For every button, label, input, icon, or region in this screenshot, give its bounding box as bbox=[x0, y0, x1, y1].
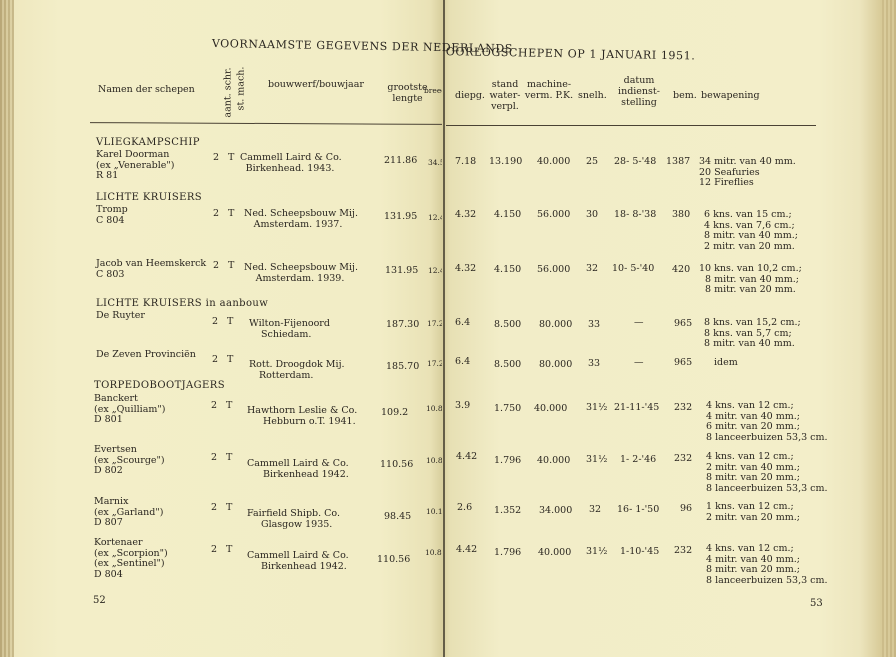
st-mach-value: T bbox=[228, 261, 234, 272]
bewapening-value: 4 kns. van 12 cm.; 4 mitr. van 40 mm.; 8… bbox=[706, 544, 828, 586]
col-header-st-mach: st. mach. bbox=[236, 59, 247, 119]
snelh-value: 31½ bbox=[586, 547, 607, 558]
bem-value: 1387 bbox=[666, 157, 690, 168]
diepg-value: 4.32 bbox=[455, 264, 476, 275]
datum-value: 28- 5-'48 bbox=[614, 157, 656, 168]
lengte-value: 110.56 bbox=[380, 460, 413, 471]
bewapening-value: 8 kns. van 15,2 cm.; 8 kns. van 5,7 cm; … bbox=[704, 318, 801, 350]
diepg-value: 7.18 bbox=[455, 157, 476, 168]
waterverpl-value: 1.750 bbox=[494, 404, 521, 415]
bem-value: 232 bbox=[674, 454, 692, 465]
breedte-value: 10.89 bbox=[425, 548, 442, 559]
breedte-value: 17.25 bbox=[427, 319, 442, 330]
aant-schr-value: 2 bbox=[211, 545, 217, 556]
page-number-left: 52 bbox=[93, 595, 106, 606]
bem-value: 420 bbox=[672, 265, 690, 276]
datum-value: 1-10-'45 bbox=[620, 547, 659, 558]
waterverpl-value: 1.352 bbox=[494, 506, 521, 517]
bouwwerf-value: Cammell Laird & Co. Birkenhead. 1943. bbox=[240, 153, 340, 174]
bem-value: 232 bbox=[674, 403, 692, 414]
ship-name: Marnix (ex „Garland") D 807 bbox=[94, 497, 163, 529]
machine-pk-value: 56.000 bbox=[537, 265, 570, 276]
page-number-right: 53 bbox=[810, 598, 823, 609]
waterverpl-value: 13.190 bbox=[489, 157, 522, 168]
bouwwerf-value: Rott. Droogdok Mij. Rotterdam. bbox=[249, 360, 345, 381]
st-mach-value: T bbox=[226, 503, 232, 514]
col-header-bouwwerf: bouwwerf/bouwjaar bbox=[268, 79, 364, 90]
bem-value: 380 bbox=[672, 210, 690, 221]
category-heading: LICHTE KRUISERS in aanbouw bbox=[96, 298, 268, 309]
col-header-bem: bem. bbox=[673, 90, 697, 101]
header-rule-right bbox=[446, 125, 816, 126]
breedte-value: 12.4 bbox=[428, 266, 442, 277]
bewapening-value: 34 mitr. van 40 mm. 20 Seafuries 12 Fire… bbox=[699, 157, 796, 189]
aant-schr-value: 2 bbox=[212, 355, 218, 366]
st-mach-value: T bbox=[227, 355, 233, 366]
left-page-edges bbox=[0, 0, 14, 657]
st-mach-value: T bbox=[228, 209, 234, 220]
datum-value: — bbox=[634, 358, 644, 369]
bewapening-value: 1 kns. van 12 cm.; 2 mitr. van 20 mm.; bbox=[706, 502, 800, 523]
bem-value: 96 bbox=[680, 504, 692, 515]
breedte-value: 34.5 bbox=[428, 158, 442, 169]
bewapening-value: 4 kns. van 12 cm.; 4 mitr. van 40 mm.; 6… bbox=[706, 401, 828, 443]
lengte-value: 110.56 bbox=[377, 555, 410, 566]
bouwwerf-value: Cammell Laird & Co. Birkenhead 1942. bbox=[247, 551, 349, 572]
lengte-value: 187.30 bbox=[386, 320, 419, 331]
book-gutter bbox=[443, 0, 445, 657]
machine-pk-value: 40.000 bbox=[537, 157, 570, 168]
breedte-value: 17.25 bbox=[427, 359, 442, 370]
ship-name: De Zeven Provinciën bbox=[96, 350, 196, 361]
diepg-value: 4.42 bbox=[456, 452, 477, 463]
col-header-snelh: snelh. bbox=[578, 90, 607, 101]
machine-pk-value: 34.000 bbox=[539, 506, 572, 517]
st-mach-value: T bbox=[227, 317, 233, 328]
aant-schr-value: 2 bbox=[211, 401, 217, 412]
snelh-value: 25 bbox=[586, 157, 598, 168]
bewapening-value: 6 kns. van 15 cm.; 4 kns. van 7,6 cm.; 8… bbox=[704, 210, 798, 252]
bouwwerf-value: Wilton-Fijenoord Schiedam. bbox=[249, 319, 330, 340]
ship-name: Evertsen (ex „Scourge") D 802 bbox=[94, 445, 165, 477]
lengte-value: 109.2 bbox=[381, 408, 408, 419]
machine-pk-value: 80.000 bbox=[539, 320, 572, 331]
ship-name: Tromp C 804 bbox=[96, 205, 128, 226]
ship-name: Kortenaer (ex „Scorpion") (ex „Sentinel"… bbox=[94, 538, 168, 580]
bouwwerf-value: Fairfield Shipb. Co. Glasgow 1935. bbox=[247, 509, 340, 530]
book-spread: VOORNAAMSTE GEGEVENS DER NEDERLANDS OORL… bbox=[0, 0, 896, 657]
bouwwerf-value: Cammell Laird & Co. Birkenhead 1942. bbox=[247, 459, 349, 480]
st-mach-value: T bbox=[228, 153, 234, 164]
bem-value: 965 bbox=[674, 358, 692, 369]
col-header-breedte: breedte bbox=[424, 85, 442, 96]
bewapening-value: 10 kns. van 10,2 cm.; 8 mitr. van 40 mm.… bbox=[699, 264, 802, 296]
diepg-value: 6.4 bbox=[455, 318, 470, 329]
machine-pk-value: 40.000 bbox=[537, 456, 570, 467]
ship-name: De Ruyter bbox=[96, 311, 145, 322]
category-heading: VLIEGKAMPSCHIP bbox=[96, 137, 200, 148]
snelh-value: 31½ bbox=[586, 455, 607, 466]
lengte-value: 131.95 bbox=[384, 212, 417, 223]
breedte-value: 10.89 bbox=[426, 456, 442, 467]
breedte-value: 12.4 bbox=[428, 213, 442, 224]
datum-value: 1- 2-'46 bbox=[620, 455, 656, 466]
lengte-value: 131.95 bbox=[385, 266, 418, 277]
snelh-value: 32 bbox=[586, 264, 598, 275]
st-mach-value: T bbox=[226, 453, 232, 464]
breedte-value: 10.1 bbox=[426, 507, 442, 518]
snelh-value: 33 bbox=[588, 320, 600, 331]
col-header-waterverpl: stand water- verpl. bbox=[487, 79, 523, 112]
bewapening-value: idem bbox=[714, 358, 738, 369]
bouwwerf-value: Ned. Scheepsbouw Mij. Amsterdam. 1937. bbox=[244, 209, 352, 230]
waterverpl-value: 4.150 bbox=[494, 265, 521, 276]
ship-name: Karel Doorman (ex „Venerable") R 81 bbox=[96, 150, 174, 182]
col-header-diepg: diepg. bbox=[455, 90, 485, 101]
col-header-aant-schr: aant. schr. bbox=[223, 63, 234, 123]
col-header-name: Namen der schepen bbox=[98, 84, 195, 95]
machine-pk-value: 56.000 bbox=[537, 210, 570, 221]
diepg-value: 4.32 bbox=[455, 210, 476, 221]
header-rule-left bbox=[90, 122, 442, 125]
waterverpl-value: 8.500 bbox=[494, 320, 521, 331]
datum-value: 18- 8-'38 bbox=[614, 210, 656, 221]
machine-pk-value: 40.000 bbox=[534, 404, 567, 415]
aant-schr-value: 2 bbox=[211, 453, 217, 464]
waterverpl-value: 1.796 bbox=[494, 548, 521, 559]
lengte-value: 185.70 bbox=[386, 362, 419, 373]
diepg-value: 3.9 bbox=[455, 401, 470, 412]
waterverpl-value: 1.796 bbox=[494, 456, 521, 467]
waterverpl-value: 8.500 bbox=[494, 360, 521, 371]
col-header-datum: datum indienst- stelling bbox=[614, 75, 664, 108]
aant-schr-value: 2 bbox=[213, 209, 219, 220]
datum-value: 16- 1-'50 bbox=[617, 505, 659, 516]
ship-name: Banckert (ex „Quilliam") D 801 bbox=[94, 394, 165, 426]
bouwwerf-value: Ned. Scheepsbouw Mij. Amsterdam. 1939. bbox=[244, 263, 356, 284]
aant-schr-value: 2 bbox=[213, 153, 219, 164]
col-header-machine: machine- verm. P.K. bbox=[523, 79, 575, 101]
lengte-value: 211.86 bbox=[384, 156, 417, 167]
bewapening-value: 4 kns. van 12 cm.; 2 mitr. van 40 mm.; 8… bbox=[706, 452, 828, 494]
aant-schr-value: 2 bbox=[212, 317, 218, 328]
aant-schr-value: 2 bbox=[213, 261, 219, 272]
st-mach-value: T bbox=[226, 401, 232, 412]
category-heading: TORPEDOBOOTJAGERS bbox=[94, 380, 225, 391]
machine-pk-value: 40.000 bbox=[538, 548, 571, 559]
diepg-value: 4.42 bbox=[456, 545, 477, 556]
diepg-value: 6.4 bbox=[455, 357, 470, 368]
snelh-value: 32 bbox=[589, 505, 601, 516]
waterverpl-value: 4.150 bbox=[494, 210, 521, 221]
bouwwerf-value: Hawthorn Leslie & Co. Hebburn o.T. 1941. bbox=[247, 406, 357, 427]
ship-name: Jacob van Heemskerck C 803 bbox=[96, 259, 206, 280]
datum-value: 21-11-'45 bbox=[614, 403, 659, 414]
snelh-value: 30 bbox=[586, 210, 598, 221]
snelh-value: 31½ bbox=[586, 403, 607, 414]
aant-schr-value: 2 bbox=[211, 503, 217, 514]
datum-value: 10- 5-'40 bbox=[612, 264, 654, 275]
lengte-value: 98.45 bbox=[384, 512, 411, 523]
breedte-value: 10.83 bbox=[426, 404, 442, 415]
machine-pk-value: 80.000 bbox=[539, 360, 572, 371]
datum-value: — bbox=[634, 318, 644, 329]
category-heading: LICHTE KRUISERS bbox=[96, 192, 202, 203]
right-page-edges bbox=[882, 0, 896, 657]
diepg-value: 2.6 bbox=[457, 503, 472, 514]
col-header-bewapening: bewapening bbox=[701, 90, 760, 101]
bem-value: 232 bbox=[674, 546, 692, 557]
st-mach-value: T bbox=[226, 545, 232, 556]
bem-value: 965 bbox=[674, 319, 692, 330]
title-right: OORLOGSCHEPEN OP 1 JANUARI 1951. bbox=[446, 45, 696, 62]
snelh-value: 33 bbox=[588, 359, 600, 370]
